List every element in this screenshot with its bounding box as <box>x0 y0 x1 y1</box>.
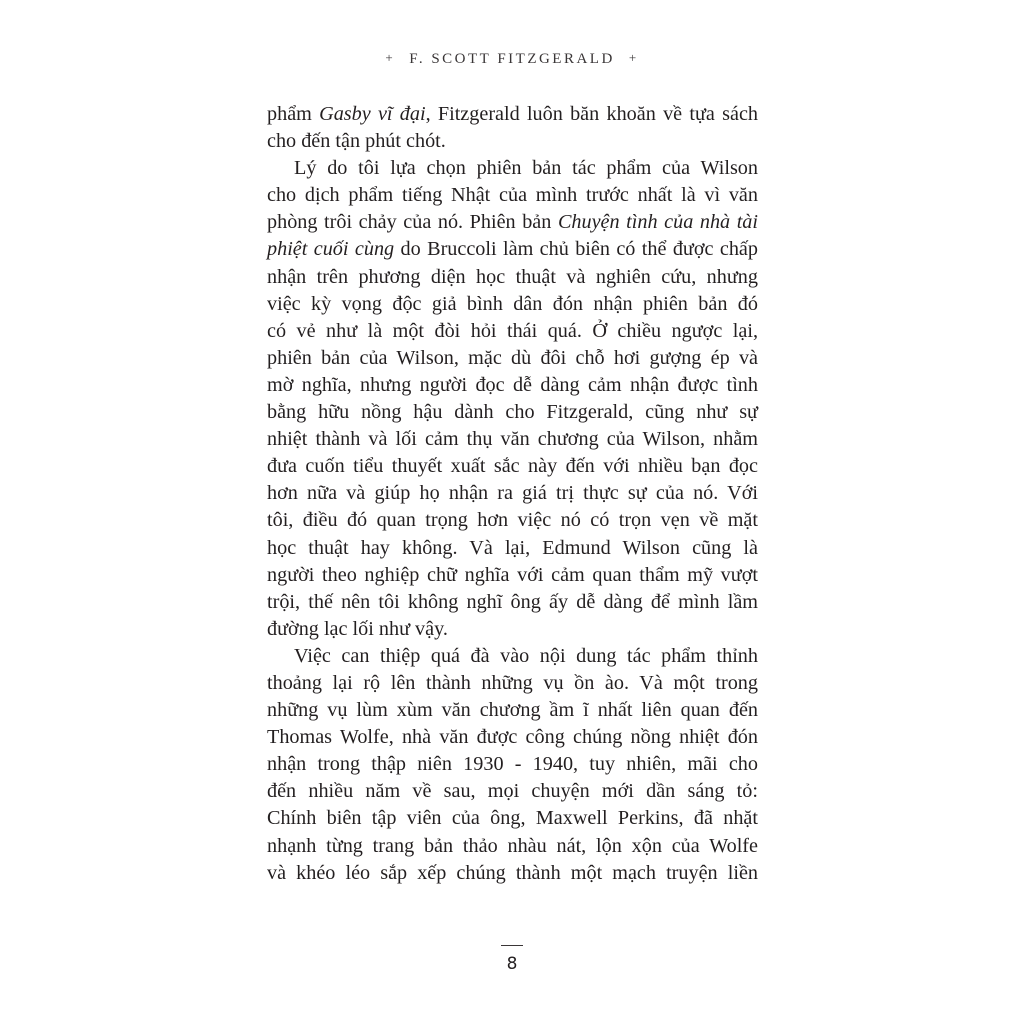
paragraph: Việc can thiệp quá đà vào nội dung tác p… <box>267 643 758 887</box>
text-line: Thomas Wolfe, nhà văn được công chúng nồ… <box>267 724 758 751</box>
italic-title: Chuyện tình của nhà tài <box>558 211 758 233</box>
text-line: phẩm Gasby vĩ đại, Fitzgerald luôn băn k… <box>267 101 758 128</box>
paragraph: phẩm Gasby vĩ đại, Fitzgerald luôn băn k… <box>267 101 758 155</box>
text-line: cho dịch phẩm tiếng Nhật của mình trước … <box>267 182 758 209</box>
running-head: +F. SCOTT FITZGERALD+ <box>0 50 1024 68</box>
text-line: nhiệt thành và lối cảm thụ văn chương củ… <box>267 426 758 453</box>
text-line: những vụ lùm xùm văn chương ầm ĩ nhất li… <box>267 697 758 724</box>
text-line: và khéo léo sắp xếp chúng thành một mạch… <box>267 860 758 887</box>
text-line: đường lạc lối như vậy. <box>267 616 758 643</box>
text-line: hơn nữa và giúp họ nhận ra giá trị thực … <box>267 480 758 507</box>
text-line: trội, thế nên tôi không nghĩ ông ấy dễ d… <box>267 589 758 616</box>
italic-title: Gasby vĩ đại <box>319 103 425 125</box>
ornament-right-icon: + <box>629 50 639 66</box>
book-page: +F. SCOTT FITZGERALD+ phẩm Gasby vĩ đại,… <box>0 0 1024 1024</box>
body-text: phẩm Gasby vĩ đại, Fitzgerald luôn băn k… <box>267 101 758 887</box>
italic-title: phiệt cuối cùng <box>267 238 394 260</box>
text-line: nhạnh từng trang bản thảo nhàu nát, lộn … <box>267 833 758 860</box>
ornament-left-icon: + <box>385 50 395 66</box>
text-line: người theo nghiệp chữ nghĩa với cảm quan… <box>267 562 758 589</box>
text-line: mờ nghĩa, nhưng người đọc dễ dàng cảm nh… <box>267 372 758 399</box>
folio: 8 <box>0 945 1024 974</box>
text-line: việc kỳ vọng độc giả bình dân đón nhận p… <box>267 291 758 318</box>
text-line: Việc can thiệp quá đà vào nội dung tác p… <box>267 643 758 670</box>
text-line: bằng hữu nồng hậu dành cho Fitzgerald, c… <box>267 399 758 426</box>
text-line: thoảng lại rộ lên thành những vụ ồn ào. … <box>267 670 758 697</box>
text-line: học thuật hay không. Và lại, Edmund Wils… <box>267 535 758 562</box>
text-line: Chính biên tập viên của ông, Maxwell Per… <box>267 805 758 832</box>
text-line: đến nhiều năm về sau, mọi chuyện mới dần… <box>267 778 758 805</box>
text-line: tôi, điều đó quan trọng hơn việc nó có t… <box>267 507 758 534</box>
page-number: 8 <box>0 954 1024 974</box>
text-line: nhận trên phương diện học thuật và nghiê… <box>267 264 758 291</box>
text-line: đưa cuốn tiểu thuyết xuất sắc này đến vớ… <box>267 453 758 480</box>
text-line: phòng trôi chảy của nó. Phiên bản Chuyện… <box>267 209 758 236</box>
running-title: F. SCOTT FITZGERALD <box>409 51 615 67</box>
text-line: phiên bản của Wilson, mặc dù đôi chỗ hơi… <box>267 345 758 372</box>
paragraph: Lý do tôi lựa chọn phiên bản tác phẩm củ… <box>267 155 758 643</box>
text-line: cho đến tận phút chót. <box>267 128 758 155</box>
text-line: có vẻ như là một đòi hỏi thái quá. Ở chi… <box>267 318 758 345</box>
text-line: phiệt cuối cùng do Bruccoli làm chủ biên… <box>267 236 758 263</box>
folio-rule <box>501 945 523 946</box>
text-line: nhận trong thập niên 1930 - 1940, tuy nh… <box>267 751 758 778</box>
text-line: Lý do tôi lựa chọn phiên bản tác phẩm củ… <box>267 155 758 182</box>
